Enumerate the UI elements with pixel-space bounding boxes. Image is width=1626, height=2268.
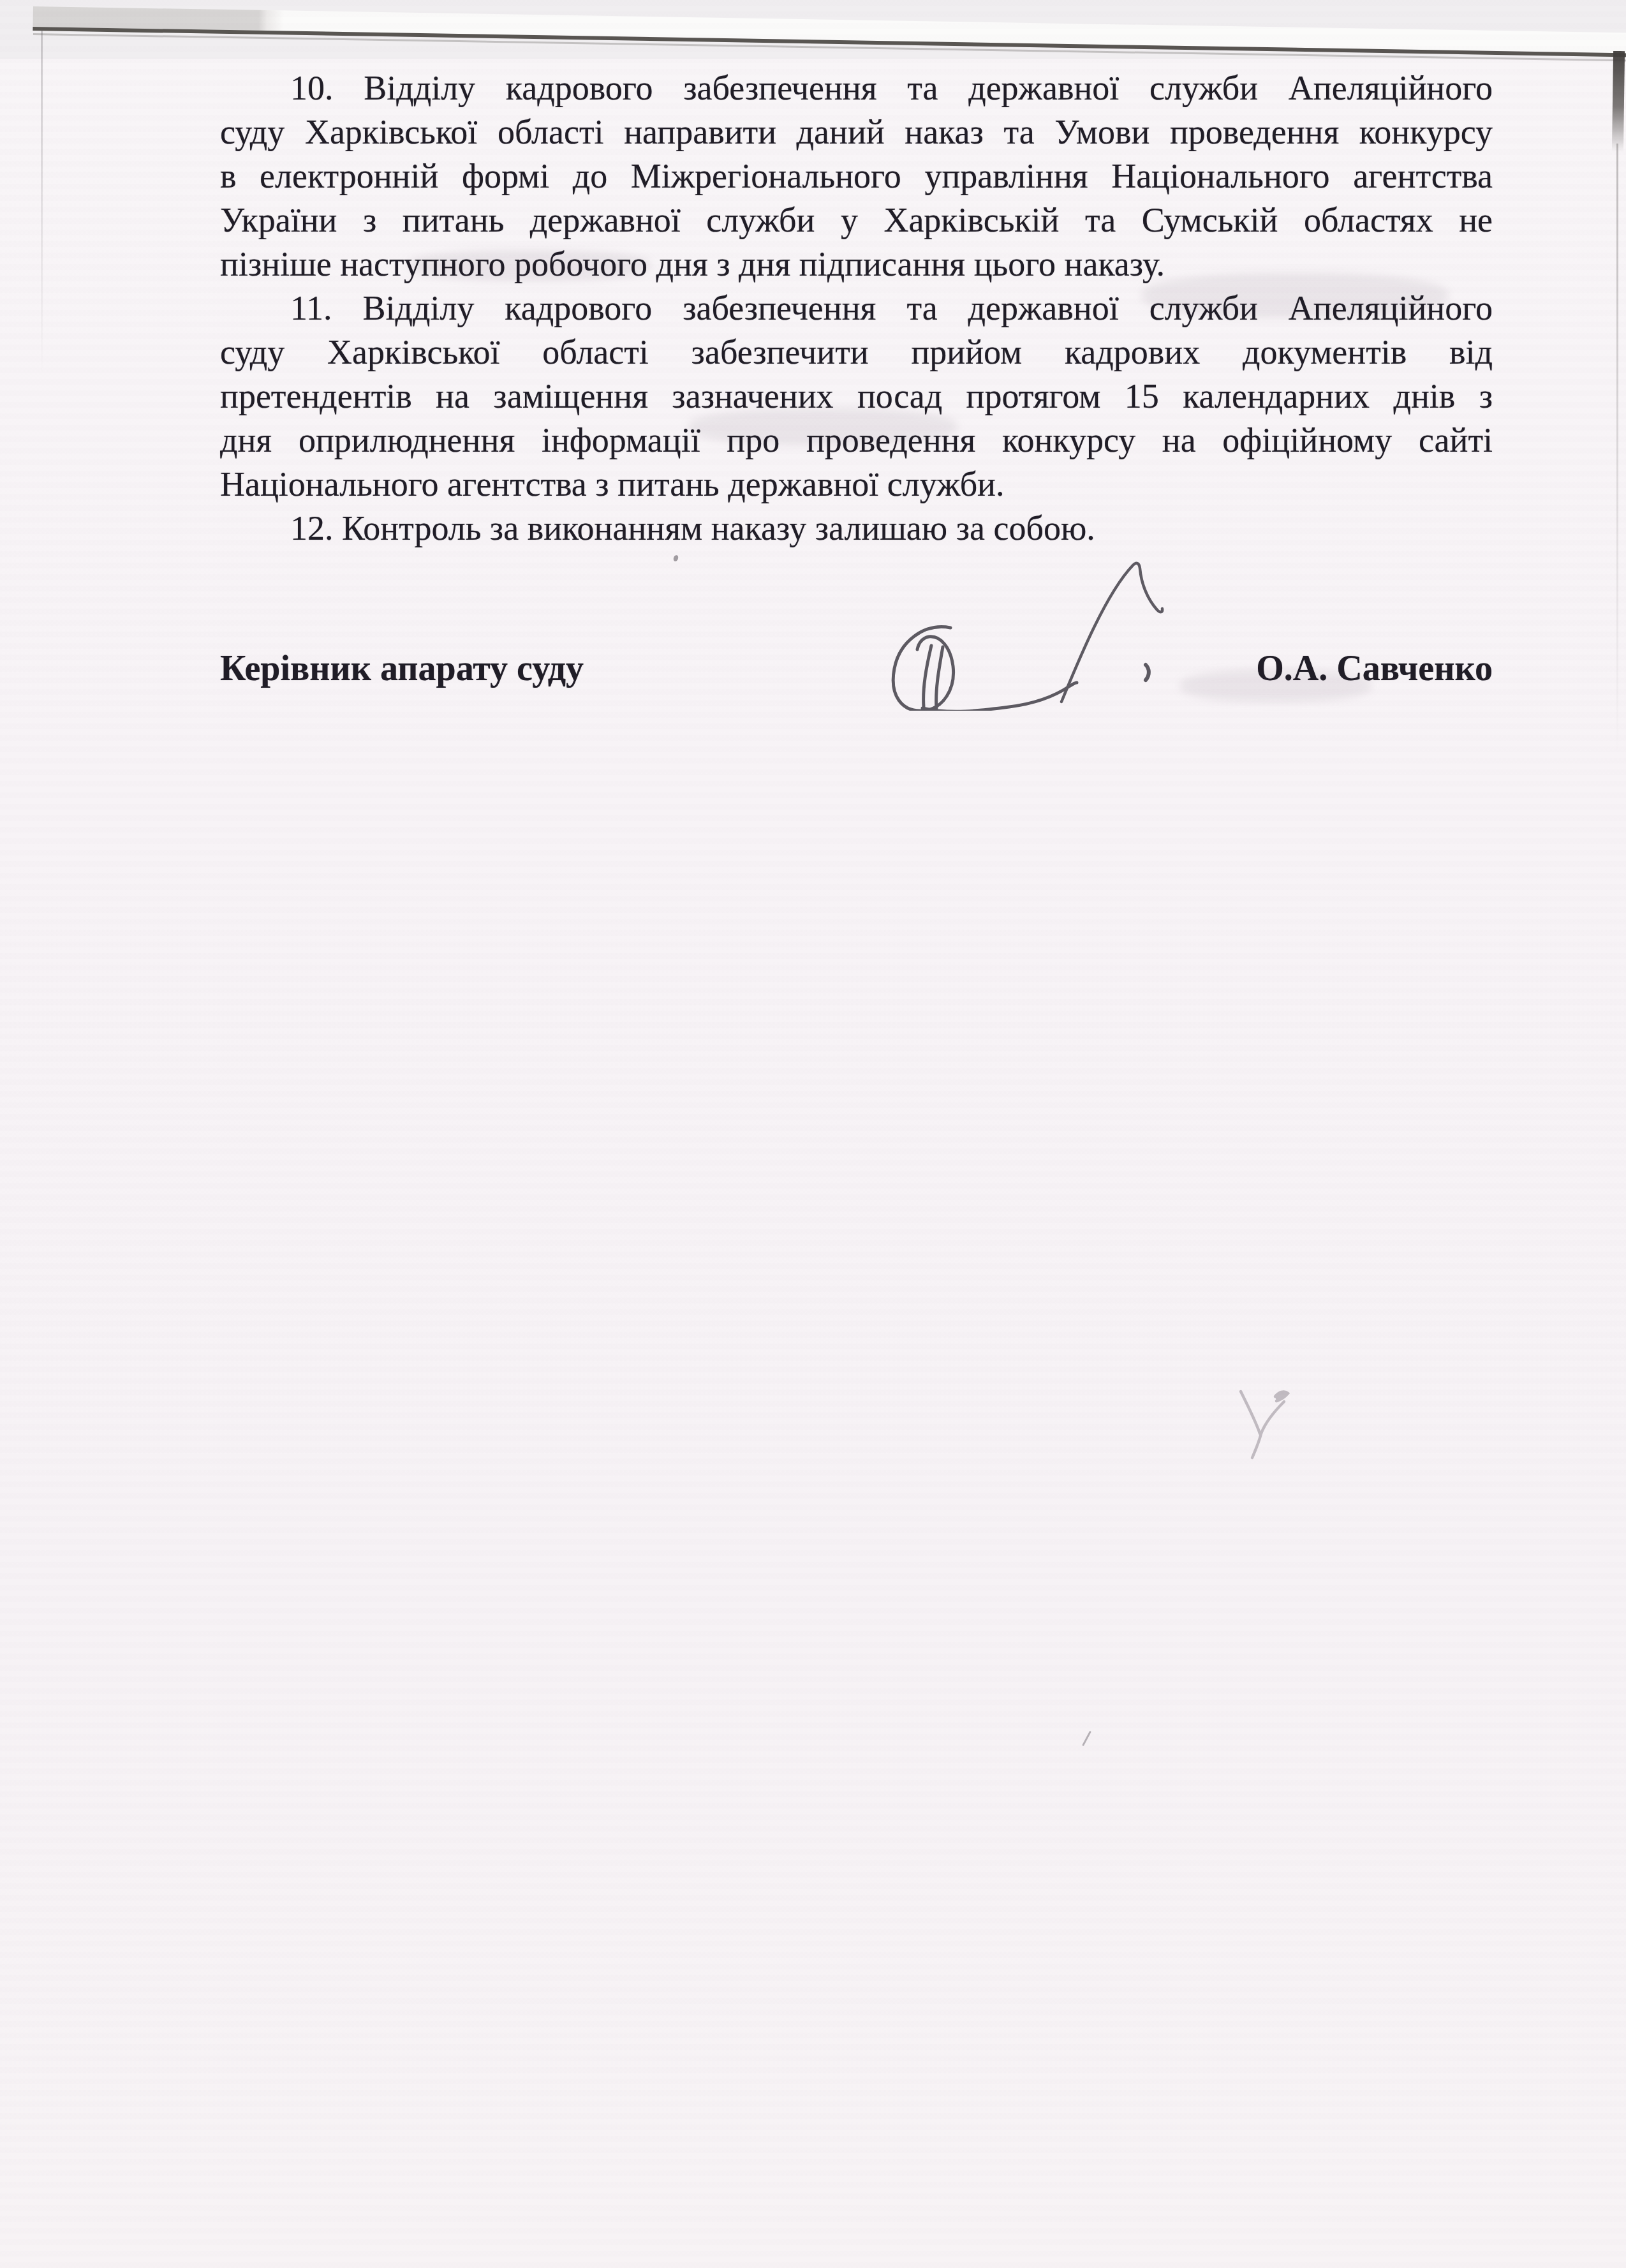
document-line: в електронній формі до Міжрегіонального … bbox=[220, 154, 1493, 198]
handwritten-signature bbox=[884, 551, 1184, 711]
page-left-edge-line bbox=[41, 29, 43, 374]
paragraph-10: 10. Відділу кадрового забезпечення та де… bbox=[220, 66, 1493, 286]
document-line: 10. Відділу кадрового забезпечення та де… bbox=[220, 66, 1493, 110]
document-line: пізніше наступного робочого дня з дня пі… bbox=[220, 242, 1493, 286]
document-line: суду Харківської області забезпечити при… bbox=[220, 330, 1493, 374]
document-line: 11. Відділу кадрового забезпечення та де… bbox=[220, 286, 1493, 330]
paragraph-11: 11. Відділу кадрового забезпечення та де… bbox=[220, 286, 1493, 507]
paragraph-12: 12. Контроль за виконанням наказу залиша… bbox=[220, 507, 1493, 551]
document-line: претендентів на заміщення зазначених пос… bbox=[220, 374, 1493, 419]
document-line: України з питань державної служби у Харк… bbox=[220, 198, 1493, 242]
document-line: Національного агентства з питань державн… bbox=[220, 463, 1493, 507]
signer-role-title: Керівник апарату суду bbox=[220, 648, 584, 689]
document-body: 10. Відділу кадрового забезпечення та де… bbox=[220, 66, 1493, 551]
page-right-edge-line bbox=[1616, 144, 1618, 756]
document-line: дня оприлюднення інформації про проведен… bbox=[220, 419, 1493, 463]
document-line: 12. Контроль за виконанням наказу залиша… bbox=[220, 507, 1493, 551]
scan-corner-artifact bbox=[1612, 51, 1625, 152]
signer-name: О.А. Савченко bbox=[1256, 648, 1493, 689]
scanned-document-page: 10. Відділу кадрового забезпечення та де… bbox=[0, 0, 1626, 2268]
document-line: суду Харківської області направити даний… bbox=[220, 110, 1493, 154]
faint-pencil-mark bbox=[1233, 1386, 1292, 1462]
